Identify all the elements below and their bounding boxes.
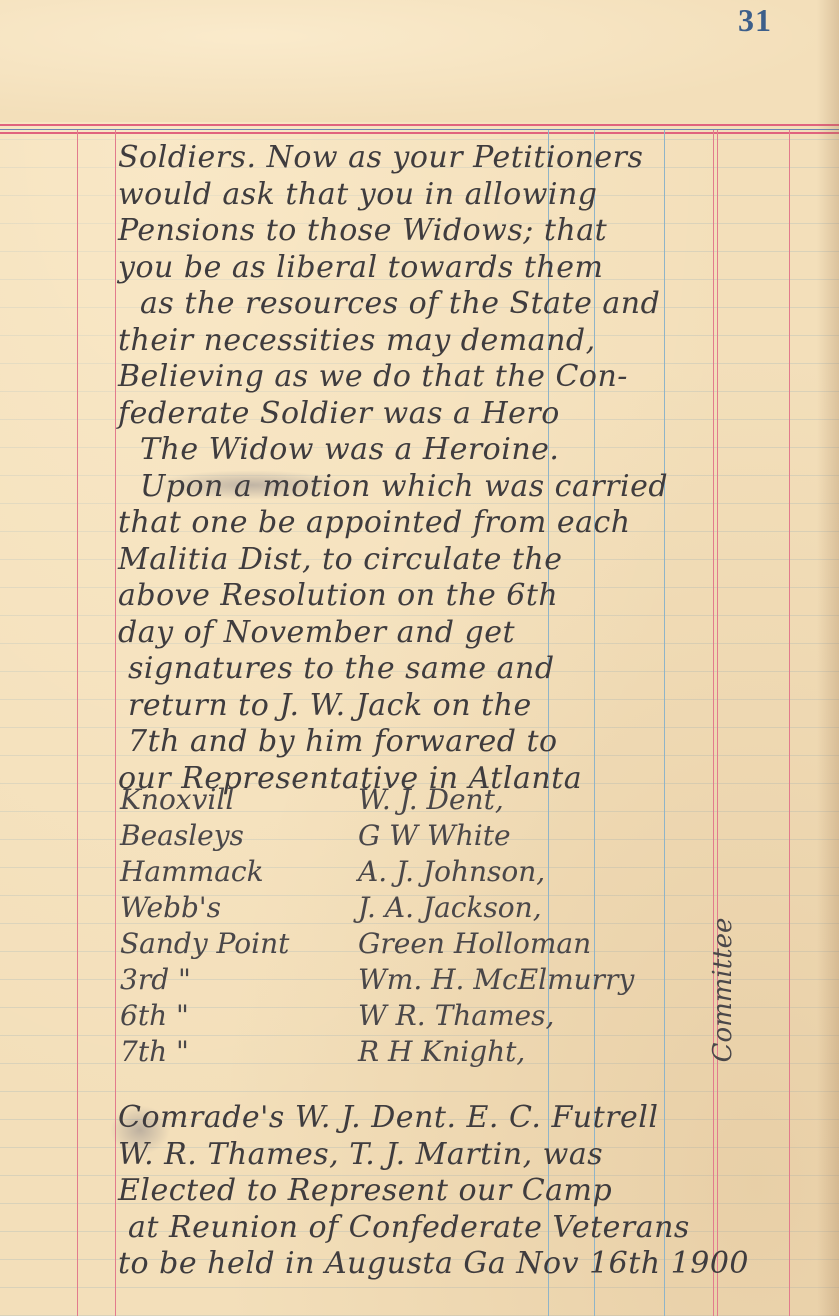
district-name: 7th " — [120, 1034, 358, 1070]
page-header-area — [0, 0, 839, 122]
text-line: you be as liberal towards them — [118, 250, 818, 287]
district-name: Beasleys — [120, 818, 358, 854]
committee-row: 3rd " Wm. H. McElmurry — [120, 962, 720, 998]
committee-list: Knoxvill W. J. Dent, Beasleys G W White … — [120, 782, 720, 1070]
committee-row: Webb's J. A. Jackson, — [120, 890, 720, 926]
text-line: W. R. Thames, T. J. Martin, was — [118, 1137, 818, 1174]
text-line: above Resolution on the 6th — [118, 578, 818, 615]
district-name: 6th " — [120, 998, 358, 1034]
delegates-text: Comrade's W. J. Dent. E. C. Futrell W. R… — [118, 1100, 818, 1283]
header-rule-red-top — [0, 124, 839, 126]
text-line: as the resources of the State and — [118, 286, 818, 323]
committee-row: Knoxvill W. J. Dent, — [120, 782, 720, 818]
committee-row: Hammack A. J. Johnson, — [120, 854, 720, 890]
text-line: return to J. W. Jack on the — [118, 688, 818, 725]
committee-row: 6th " W R. Thames, — [120, 998, 720, 1034]
ledger-page: 31 Soldiers. Now as your Petitioners wou… — [0, 0, 839, 1316]
text-line: 7th and by him forwared to — [118, 724, 818, 761]
text-line: signatures to the same and — [118, 651, 818, 688]
page-number: 31 — [738, 2, 772, 39]
district-name: Knoxvill — [120, 782, 358, 818]
member-name: Wm. H. McElmurry — [358, 962, 720, 998]
text-line: at Reunion of Confederate Veterans — [118, 1210, 818, 1247]
committee-row: Beasleys G W White — [120, 818, 720, 854]
text-line: The Widow was a Heroine. — [118, 432, 818, 469]
committee-row: 7th " R H Knight, — [120, 1034, 720, 1070]
text-line: Elected to Represent our Camp — [118, 1173, 818, 1210]
text-line: Malitia Dist, to circulate the — [118, 542, 818, 579]
petition-text: Soldiers. Now as your Petitioners would … — [118, 140, 818, 797]
committee-bracket-label: Committee — [708, 915, 738, 1065]
text-line: to be held in Augusta Ga Nov 16th 1900 — [118, 1246, 818, 1283]
member-name: W R. Thames, — [358, 998, 720, 1034]
text-line: their necessities may demand, — [118, 323, 818, 360]
text-line: Believing as we do that the Con- — [118, 359, 818, 396]
text-line: Pensions to those Widows; that — [118, 213, 818, 250]
page-edge-shadow — [817, 0, 839, 1316]
text-line: Comrade's W. J. Dent. E. C. Futrell — [118, 1100, 818, 1137]
district-name: Hammack — [120, 854, 358, 890]
district-name: 3rd " — [120, 962, 358, 998]
member-name: A. J. Johnson, — [358, 854, 720, 890]
text-line: day of November and get — [118, 615, 818, 652]
text-line: federate Soldier was a Hero — [118, 396, 818, 433]
member-name: J. A. Jackson, — [358, 890, 720, 926]
member-name: G W White — [358, 818, 720, 854]
member-name: Green Holloman — [358, 926, 720, 962]
text-line: Soldiers. Now as your Petitioners — [118, 140, 818, 177]
committee-row: Sandy Point Green Holloman — [120, 926, 720, 962]
district-name: Sandy Point — [120, 926, 358, 962]
district-name: Webb's — [120, 890, 358, 926]
member-name: R H Knight, — [358, 1034, 720, 1070]
text-line: would ask that you in allowing — [118, 177, 818, 214]
text-line: Upon a motion which was carried — [118, 469, 818, 506]
member-name: W. J. Dent, — [358, 782, 720, 818]
margin-rule-red-1 — [77, 130, 78, 1316]
text-line: that one be appointed from each — [118, 505, 818, 542]
